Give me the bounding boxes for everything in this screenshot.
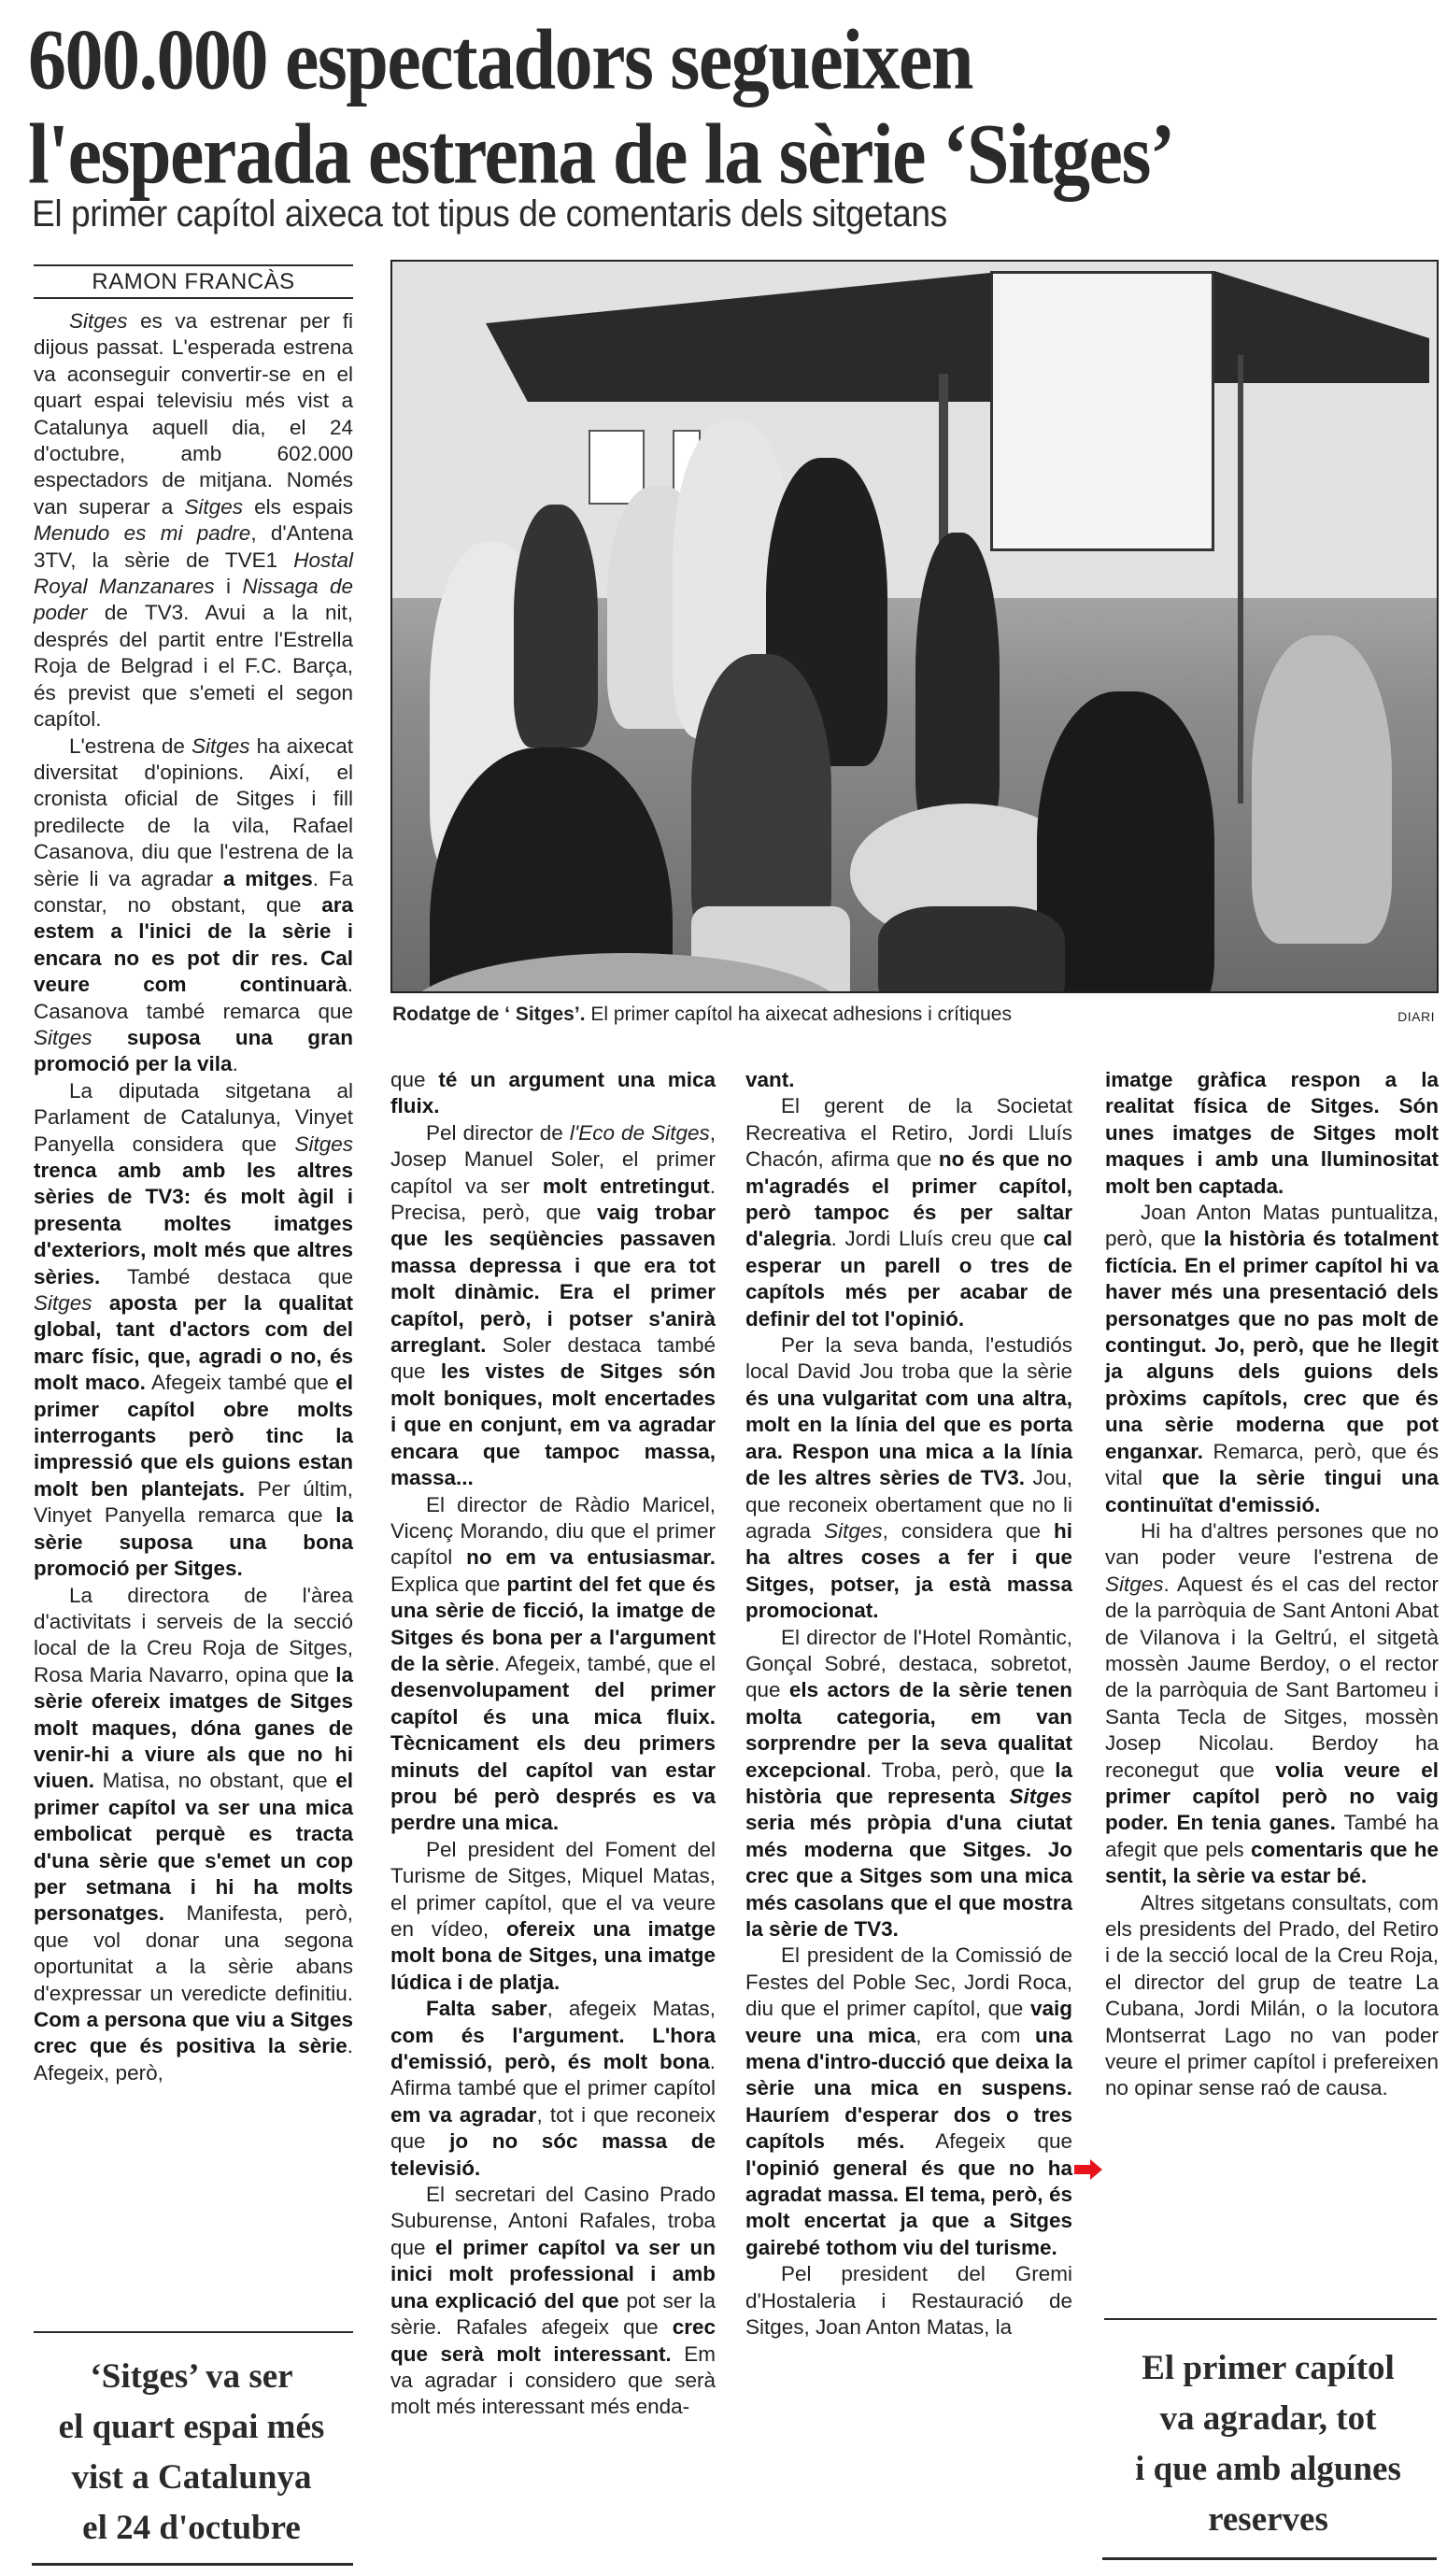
- paragraph: El secretari del Casino Prado Suburense,…: [390, 2182, 716, 2421]
- pullquote-left-bottom-rule: [32, 2563, 353, 2566]
- paragraph: que té un argument una mica fluix.: [390, 1067, 716, 1120]
- caption-text: El primer capítol ha aixecat adhesions i…: [586, 1003, 1012, 1025]
- paragraph: El director de l'Hotel Romàntic, Gonçal …: [745, 1625, 1072, 1943]
- paragraph: Hi ha d'altres persones que no van poder…: [1105, 1518, 1439, 1890]
- paragraph: El president de la Comissió de Festes de…: [745, 1943, 1072, 2261]
- paragraph: Joan Anton Matas puntualitza, però, que …: [1105, 1200, 1439, 1518]
- person: [514, 505, 598, 747]
- paragraph: vant.: [745, 1067, 1072, 1093]
- photo-caption: Rodatge de ‘ Sitges’. El primer capítol …: [392, 1003, 1439, 1027]
- red-arrow-icon: [1074, 2159, 1102, 2180]
- article-photo: [390, 260, 1439, 993]
- headline: 600.000 espectadors segueixen l'esperada…: [28, 13, 1420, 202]
- paragraph: El director de Ràdio Maricel, Vicenç Mor…: [390, 1492, 716, 1837]
- caption-title: Rodatge de ‘ Sitges’.: [392, 1003, 586, 1025]
- pullquote-line: el 24 d'octubre: [28, 2503, 355, 2554]
- reflector-screen: [990, 271, 1214, 551]
- umbrella-pole: [1238, 355, 1243, 804]
- paragraph: El gerent de la Societat Recreativa el R…: [745, 1093, 1072, 1332]
- subheadline: El primer capítol aixeca tot tipus de co…: [32, 192, 1326, 236]
- paragraph: La diputada sitgetana al Parlament de Ca…: [34, 1078, 353, 1583]
- pullquote-right: El primer capítol va agradar, tot i que …: [1102, 2343, 1434, 2545]
- pullquote-line: el quart espai més: [28, 2402, 355, 2453]
- paragraph: imatge gràfica respon a la realitat físi…: [1105, 1067, 1439, 1200]
- paragraph: Falta saber, afegeix Matas, com és l'arg…: [390, 1996, 716, 2182]
- seated-person: [1252, 635, 1392, 944]
- pullquote-left: ‘Sitges’ va ser el quart espai més vist …: [28, 2352, 355, 2554]
- article-column-1: Sitges es va estrenar per fi dijous pass…: [34, 308, 353, 2086]
- pullquote-left-top-rule: [34, 2331, 353, 2333]
- plant: [878, 906, 1065, 993]
- article-column-3: vant. El gerent de la Societat Recreativ…: [745, 1067, 1072, 2341]
- byline: RAMON FRANCÀS: [34, 269, 353, 295]
- pullquote-line: va agradar, tot: [1102, 2394, 1434, 2444]
- paragraph: Pel president del Foment del Turisme de …: [390, 1837, 716, 1996]
- person: [915, 533, 1000, 841]
- article-column-4: imatge gràfica respon a la realitat físi…: [1105, 1067, 1439, 2102]
- pullquote-right-top-rule: [1104, 2318, 1437, 2320]
- article-column-2: que té un argument una mica fluix. Pel d…: [390, 1067, 716, 2421]
- pullquote-line: vist a Catalunya: [28, 2453, 355, 2503]
- byline-top-rule: [34, 264, 353, 266]
- paragraph: Altres sitgetans consultats, com els pre…: [1105, 1890, 1439, 2102]
- paragraph: Per la seva banda, l'estudiós local Davi…: [745, 1332, 1072, 1624]
- paragraph: Pel director de l'Eco de Sitges, Josep M…: [390, 1120, 716, 1492]
- paragraph: La directora de l'àrea d'activitats i se…: [34, 1583, 353, 2087]
- pullquote-line: reserves: [1102, 2495, 1434, 2545]
- paragraph: L'estrena de Sitges ha aixecat diversita…: [34, 733, 353, 1078]
- byline-bottom-rule: [34, 297, 353, 299]
- pullquote-line: ‘Sitges’ va ser: [28, 2352, 355, 2402]
- headline-line-1: 600.000 espectadors segueixen: [28, 13, 1420, 107]
- pullquote-right-bottom-rule: [1102, 2557, 1437, 2560]
- pullquote-line: El primer capítol: [1102, 2343, 1434, 2394]
- paragraph: Sitges es va estrenar per fi dijous pass…: [34, 308, 353, 733]
- pullquote-line: i que amb algunes: [1102, 2444, 1434, 2495]
- paragraph: Pel president del Gremi d'Hostaleria i R…: [745, 2261, 1072, 2341]
- photo-credit: DIARI: [1397, 1004, 1435, 1029]
- headline-line-2: l'esperada estrena de la sèrie ‘Sitges’: [28, 107, 1420, 202]
